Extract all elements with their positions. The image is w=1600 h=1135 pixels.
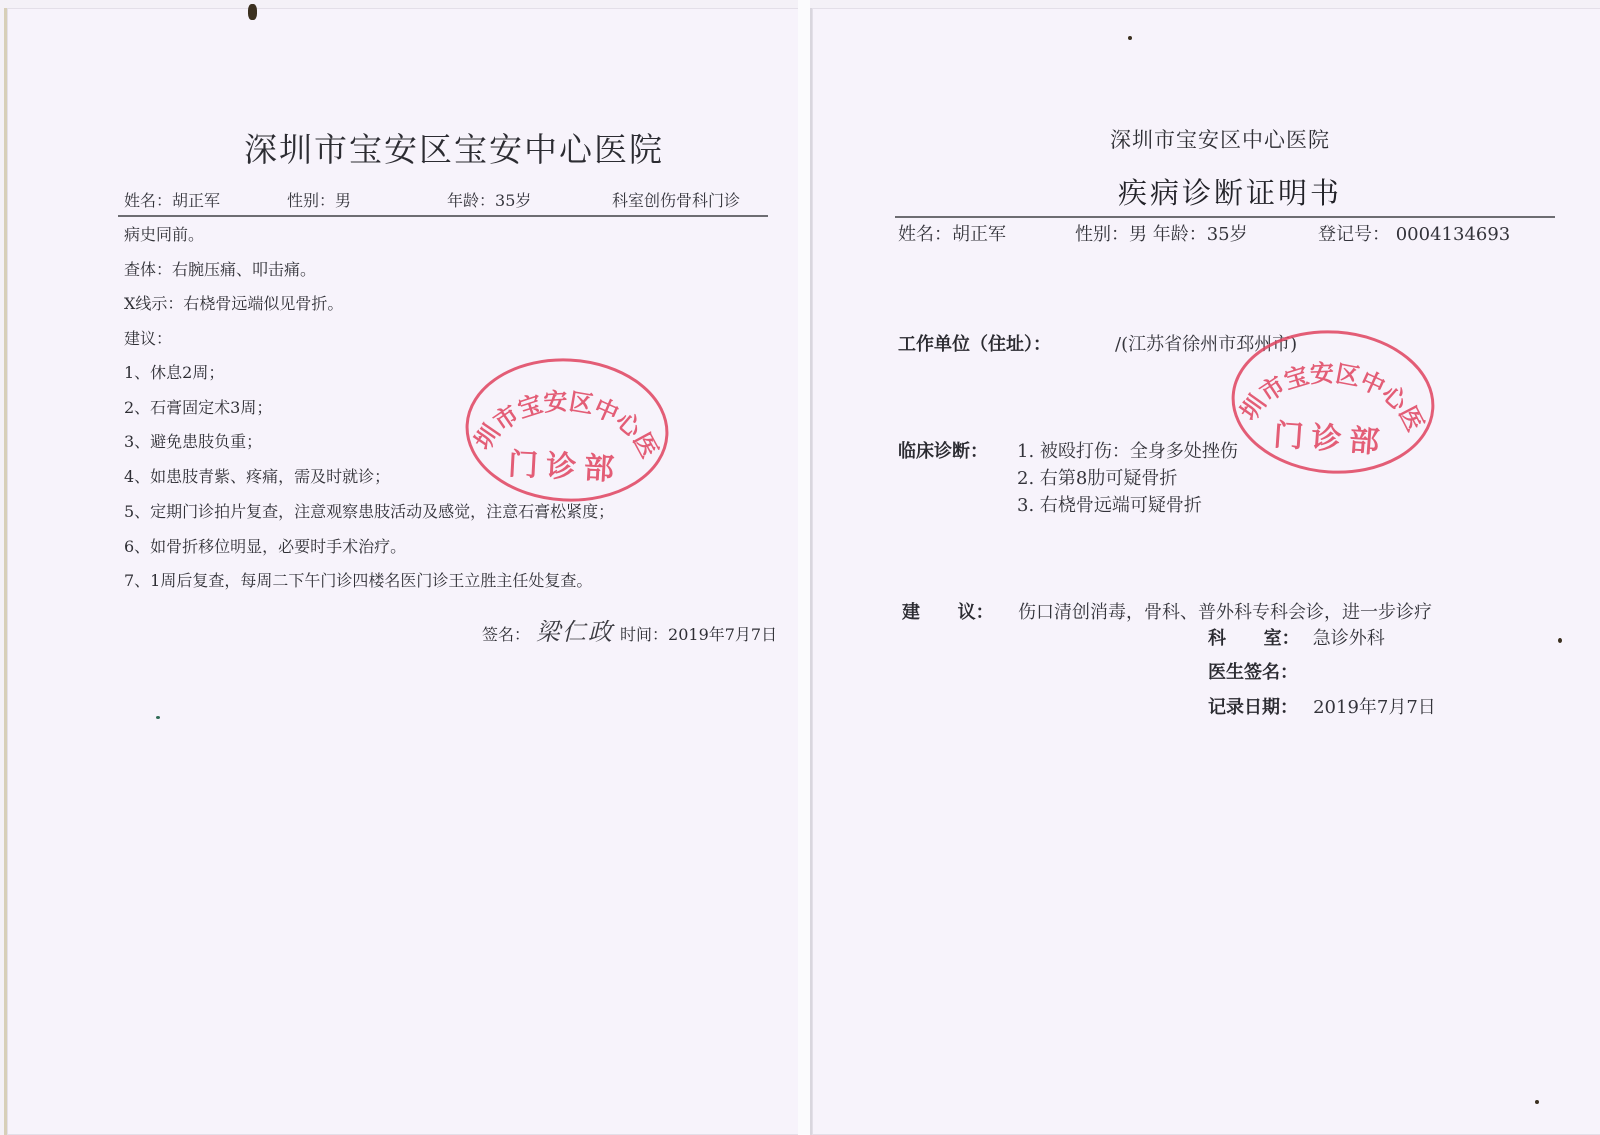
left-hospital-title: 深圳市宝安区宝安中心医院	[244, 124, 664, 171]
header-divider	[895, 216, 1555, 218]
record-line: 4、如患肢青紫、疼痛，需及时就诊；	[124, 464, 390, 487]
department-row: 科 室： 急诊外科	[1208, 624, 1385, 650]
handwritten-signature: 梁仁政	[536, 618, 614, 646]
workplace-row: 工作单位（住址）：	[898, 330, 1051, 356]
name-label: 姓名：	[898, 224, 952, 245]
signature-block: 签名：梁仁政时间：2019年7月7日	[482, 612, 777, 647]
record-line: 6、如骨折移位明显，必要时手术治疗。	[124, 534, 406, 557]
age-value: 35岁	[495, 191, 531, 210]
left-patient-age: 年龄：35岁	[447, 188, 531, 211]
workplace-label: 工作单位（住址）：	[898, 334, 1051, 355]
diagnosis-item: 2. 右第8肋可疑骨折	[1017, 464, 1177, 490]
diagnosis-label-row: 临床诊断：	[898, 437, 988, 463]
name-value: 胡正军	[952, 224, 1006, 245]
department-value: 急诊外科	[1313, 628, 1385, 649]
scanned-documents: 深圳市宝安区宝安中心医院 姓名：胡正军 性别：男 年龄：35岁 科室创伤骨科门诊…	[0, 0, 1600, 1135]
gender-label: 性别：	[287, 191, 335, 210]
age-label: 年龄：	[1153, 224, 1207, 245]
record-line: X线示：右桡骨远端似见骨折。	[124, 291, 343, 314]
doctor-label: 医生签名：	[1208, 662, 1298, 683]
certificate-title: 疾病诊断证明书	[1118, 171, 1342, 212]
right-hospital-name: 深圳市宝安区中心医院	[1110, 124, 1330, 154]
department-label: 科 室：	[1208, 628, 1300, 649]
time-value: 2019年7月7日	[668, 625, 777, 644]
reg-label: 登记号：	[1318, 224, 1390, 245]
registration-number: 登记号： 0004134693	[1318, 220, 1510, 246]
date-value: 2019年7月7日	[1313, 697, 1436, 718]
right-patient-name: 姓名：胡正军	[898, 220, 1006, 246]
record-date-row: 记录日期： 2019年7月7日	[1208, 693, 1436, 719]
advice-label: 建 议：	[902, 602, 994, 623]
name-value: 胡正军	[172, 191, 220, 210]
record-line: 5、定期门诊拍片复查，注意观察患肢活动及感觉，注意石膏松紧度；	[124, 499, 614, 522]
record-line: 2、石膏固定术3周；	[124, 395, 272, 418]
record-line: 1、休息2周；	[124, 360, 224, 383]
record-line: 7、1周后复查，每周二下午门诊四楼名医门诊王立胜主任处复查。	[124, 568, 592, 591]
right-patient-gender-age: 性别：男 年龄：35岁	[1075, 220, 1248, 246]
left-department: 科室创伤骨科门诊	[612, 188, 740, 211]
paper-speck	[1558, 638, 1562, 643]
gender-value: 男	[1129, 224, 1147, 245]
diagnosis-item: 3. 右桡骨远端可疑骨折	[1017, 491, 1202, 517]
record-line: 3、避免患肢负重；	[124, 429, 262, 452]
reg-value: 0004134693	[1396, 224, 1511, 245]
left-patient-gender: 性别：男	[287, 188, 351, 211]
paper-speck	[248, 4, 257, 20]
record-line: 建议：	[124, 326, 172, 349]
header-divider	[118, 215, 768, 217]
advice-value: 伤口清创消毒，骨科、普外科专科会诊，进一步诊疗	[1018, 598, 1432, 624]
record-line: 病史同前。	[124, 222, 204, 245]
age-label: 年龄：	[447, 191, 495, 210]
gender-label: 性别：	[1075, 224, 1129, 245]
doctor-signature-row: 医生签名：	[1208, 658, 1298, 684]
name-label: 姓名：	[124, 191, 172, 210]
page-gap	[798, 0, 810, 1135]
advice-label-row: 建 议：	[902, 598, 994, 624]
date-label: 记录日期：	[1208, 697, 1298, 718]
left-patient-name: 姓名：胡正军	[124, 188, 220, 211]
gender-value: 男	[335, 191, 351, 210]
age-value: 35岁	[1207, 224, 1248, 245]
time-label: 时间：	[620, 625, 668, 644]
diagnosis-label: 临床诊断：	[898, 441, 988, 462]
diagnosis-item: 1. 被殴打伤：全身多处挫伤	[1017, 437, 1238, 463]
paper-speck	[1128, 36, 1132, 40]
record-line: 查体：右腕压痛、叩击痛。	[124, 257, 316, 280]
paper-speck	[1535, 1100, 1539, 1104]
paper-speck	[156, 716, 160, 719]
workplace-value: /(江苏省徐州市邳州市)	[1115, 330, 1297, 356]
signature-label: 签名：	[482, 625, 530, 644]
